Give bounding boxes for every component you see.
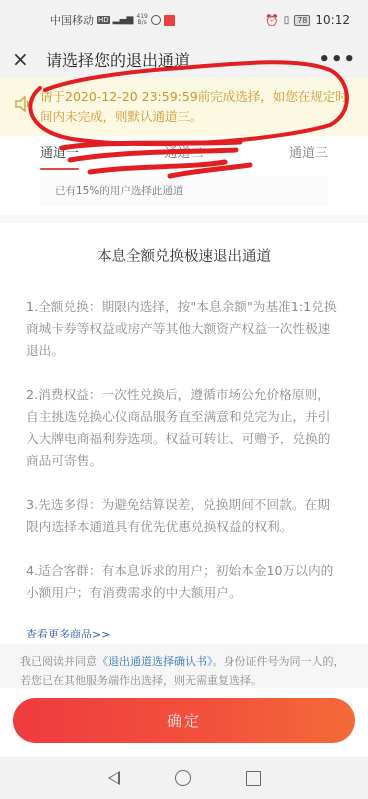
confirm-area: 确定 (0, 688, 368, 766)
vibrate-icon: ▯ (284, 15, 290, 26)
carrier-label: 中国移动 (50, 12, 94, 28)
selection-ratio: 已有15%的用户选择此通道 (40, 176, 328, 205)
signal-icon: ▂▄▆ (113, 15, 134, 25)
channel-content: 本息全额兑换极速退出通道 1.全额兑换：期限内选择，按"本息余额"为基准1:1兑… (0, 223, 368, 638)
recent-apps-icon[interactable] (246, 771, 261, 786)
alarm-icon: ⏰ (265, 14, 279, 27)
channel-tabs: 通道一 通道二 通道三 (0, 136, 368, 172)
divider (0, 215, 368, 223)
battery-icon: 78 (294, 15, 310, 26)
header: × 请选择您的退出通道 ••• (0, 40, 368, 78)
close-icon[interactable]: × (12, 49, 34, 69)
speed-unit: B/s (138, 19, 147, 26)
channel-title: 本息全额兑换极速退出通道 (26, 223, 342, 296)
home-icon[interactable] (175, 770, 191, 786)
notice-text: 请于2020-12-20 23:59:59前完成选择，如您在规定时间内未完成，则… (40, 87, 356, 127)
view-more-link[interactable]: 查看更多商品>> (26, 626, 342, 638)
paragraph-target-users: 4.适合客群：有本息诉求的用户；初始本金10万以内的小额用户；有消费需求的中大额… (26, 560, 342, 604)
system-nav-bar (0, 757, 368, 799)
paragraph-first-choice: 3.先选多得：为避免结算误差，兑换期间不回款。在期限内选择本通道具有优先优惠兑换… (26, 494, 342, 538)
tab-channel-2[interactable]: 通道二 (164, 136, 203, 172)
tab-channel-3[interactable]: 通道三 (289, 136, 328, 172)
ratio-section: 已有15%的用户选择此通道 (0, 172, 368, 215)
agreement-doc-link[interactable]: 《退出通道选择确认书》 (97, 655, 213, 668)
clock: 10:12 (315, 13, 350, 27)
paragraph-full-exchange: 1.全额兑换：期限内选择，按"本息余额"为基准1:1兑换商城卡券等权益或房产等其… (26, 296, 342, 362)
back-icon[interactable] (108, 771, 120, 785)
confirm-button[interactable]: 确定 (13, 698, 355, 743)
app-badge-icon (164, 15, 175, 26)
hd-icon: HD (97, 16, 110, 24)
screen: 中国移动 HD ▂▄▆ 419 B/s ⏰ ▯ 78 10:12 × 请选择您的… (0, 0, 368, 799)
status-bar: 中国移动 HD ▂▄▆ 419 B/s ⏰ ▯ 78 10:12 (0, 0, 368, 40)
network-speed: 419 B/s (136, 14, 147, 26)
deadline-notice: 请于2020-12-20 23:59:59前完成选择，如您在规定时间内未完成，则… (0, 78, 368, 136)
app-notification-icon (151, 15, 161, 25)
page-title: 请选择您的退出通道 (46, 48, 190, 71)
speaker-icon (14, 95, 34, 117)
more-menu-icon[interactable]: ••• (318, 49, 356, 70)
tab-channel-1[interactable]: 通道一 (40, 136, 79, 172)
paragraph-consumer-rights: 2.消费权益：一次性兑换后，遵循市场公允价格原则，自主挑选兑换心仪商品服务直至满… (26, 384, 342, 472)
agreement-prefix: 我已阅读并同意 (20, 655, 97, 668)
